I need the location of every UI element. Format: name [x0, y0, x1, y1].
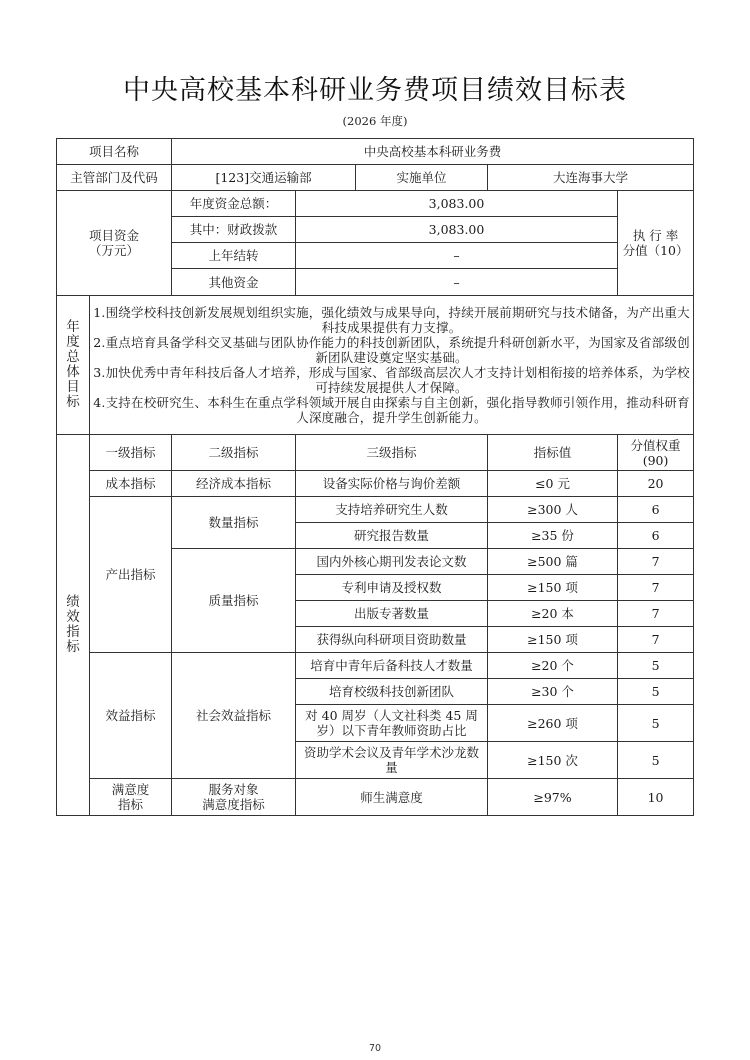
header-level3: 三级指标: [296, 435, 488, 471]
cost-level2: 经济成本指标: [172, 471, 296, 497]
funds-other-value: –: [296, 269, 618, 296]
indicator-value: ≥300 人: [488, 497, 618, 523]
project-name-label: 项目名称: [57, 139, 172, 165]
indicator-weight: 5: [618, 679, 694, 705]
indicator-name: 研究报告数量: [296, 523, 488, 549]
indicator-weight: 10: [618, 779, 694, 816]
funds-label-line1: 项目资金: [60, 228, 168, 243]
indicator-weight: 7: [618, 575, 694, 601]
benefit-level1: 效益指标: [90, 653, 172, 779]
goal-item: 2.重点培育具备学科交叉基础与团队协作能力的科技创新团队，系统提升科研创新水平，…: [93, 335, 690, 365]
indicator-name: 师生满意度: [296, 779, 488, 816]
indicator-value: ≥20 本: [488, 601, 618, 627]
goal-item: 4.支持在校研究生、本科生在重点学科领域开展自由探索与自主创新，强化指导教师引领…: [93, 395, 690, 425]
quantity-level2: 数量指标: [172, 497, 296, 549]
indicator-value: ≥97%: [488, 779, 618, 816]
indicator-weight: 6: [618, 523, 694, 549]
funds-carryover-label: 上年结转: [172, 243, 296, 269]
funds-carryover-value: –: [296, 243, 618, 269]
dept-value: [123]交通运输部: [172, 165, 356, 191]
funds-total-value: 3,083.00: [296, 191, 618, 217]
benefit-level2: 社会效益指标: [172, 653, 296, 779]
goal-item: 1.围绕学校科技创新发展规划组织实施，强化绩效与成果导向，持续开展前期研究与技术…: [93, 305, 690, 335]
indicator-value: ≥20 个: [488, 653, 618, 679]
indicator-name: 对 40 周岁（人文社科类 45 周岁）以下青年教师资助占比: [296, 705, 488, 742]
indicator-name: 培育校级科技创新团队: [296, 679, 488, 705]
funds-other-label: 其他资金: [172, 269, 296, 296]
indicator-name: 国内外核心期刊发表论文数: [296, 549, 488, 575]
indicator-name: 培育中青年后备科技人才数量: [296, 653, 488, 679]
indicator-value: ≥150 项: [488, 575, 618, 601]
document-year: (2026 年度): [0, 113, 750, 129]
header-level2: 二级指标: [172, 435, 296, 471]
funds-total-label: 年度资金总额：: [172, 191, 296, 217]
header-value: 指标值: [488, 435, 618, 471]
output-level1: 产出指标: [90, 497, 172, 653]
exec-rate-score: 执 行 率 分值（10）: [618, 191, 694, 296]
indicator-name: 支持培养研究生人数: [296, 497, 488, 523]
indicator-value: ≥260 项: [488, 705, 618, 742]
annual-goals-text: 1.围绕学校科技创新发展规划组织实施，强化绩效与成果导向，持续开展前期研究与技术…: [90, 296, 694, 435]
page-number: 70: [0, 1043, 750, 1054]
satisfaction-level1: 满意度 指标: [90, 779, 172, 816]
exec-rate-line2: 分值（10）: [621, 243, 690, 258]
indicator-weight: 20: [618, 471, 694, 497]
indicator-value: ≥35 份: [488, 523, 618, 549]
satisfaction-level2: 服务对象 满意度指标: [172, 779, 296, 816]
indicator-value: ≥150 次: [488, 742, 618, 779]
goal-item: 3.加快优秀中青年科技后备人才培养，形成与国家、省部级高层次人才支持计划相衔接的…: [93, 365, 690, 395]
indicator-weight: 5: [618, 742, 694, 779]
indicator-weight: 6: [618, 497, 694, 523]
annual-goals-label: 年 度 总 体 目 标: [57, 296, 90, 435]
funds-fiscal-label: 其中：财政拨款: [172, 217, 296, 243]
exec-rate-line1: 执 行 率: [621, 228, 690, 243]
indicator-name: 专利申请及授权数: [296, 575, 488, 601]
header-weight: 分值权重 (90): [618, 435, 694, 471]
performance-label: 绩 效 指 标: [57, 435, 90, 816]
indicator-name: 出版专著数量: [296, 601, 488, 627]
indicator-weight: 7: [618, 601, 694, 627]
unit-label: 实施单位: [356, 165, 488, 191]
performance-target-table: 项目名称 中央高校基本科研业务费 主管部门及代码 [123]交通运输部 实施单位…: [56, 138, 694, 816]
document-title: 中央高校基本科研业务费项目绩效目标表: [0, 68, 750, 107]
indicator-weight: 5: [618, 705, 694, 742]
indicator-name: 资助学术会议及青年学术沙龙数量: [296, 742, 488, 779]
cost-level1: 成本指标: [90, 471, 172, 497]
indicator-value: ≥30 个: [488, 679, 618, 705]
header-level1: 一级指标: [90, 435, 172, 471]
quality-level2: 质量指标: [172, 549, 296, 653]
dept-label: 主管部门及代码: [57, 165, 172, 191]
unit-value: 大连海事大学: [488, 165, 694, 191]
indicator-name: 获得纵向科研项目资助数量: [296, 627, 488, 653]
indicator-weight: 7: [618, 627, 694, 653]
indicator-value: ≤0 元: [488, 471, 618, 497]
indicator-weight: 7: [618, 549, 694, 575]
indicator-name: 设备实际价格与询价差额: [296, 471, 488, 497]
project-name-value: 中央高校基本科研业务费: [172, 139, 694, 165]
funds-label: 项目资金 （万元）: [57, 191, 172, 296]
indicator-weight: 5: [618, 653, 694, 679]
indicator-value: ≥150 项: [488, 627, 618, 653]
funds-fiscal-value: 3,083.00: [296, 217, 618, 243]
funds-label-line2: （万元）: [60, 243, 168, 258]
indicator-value: ≥500 篇: [488, 549, 618, 575]
